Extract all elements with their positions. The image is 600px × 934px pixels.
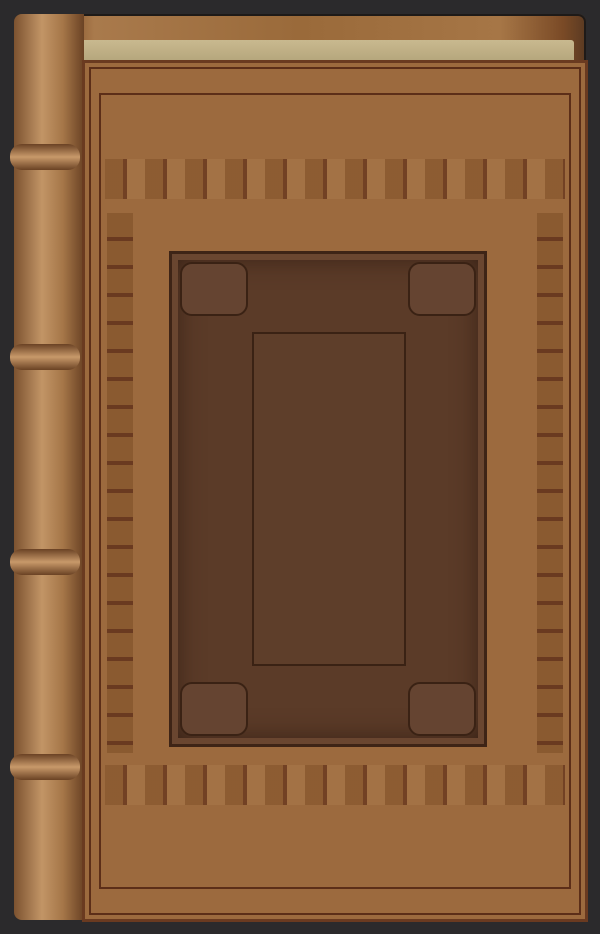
bottom-roll-border <box>105 765 565 805</box>
spine-band <box>10 754 80 780</box>
corner-cartouche <box>180 682 248 736</box>
central-panel <box>169 251 487 747</box>
right-roll-border <box>537 213 563 753</box>
spine-band <box>10 344 80 370</box>
top-roll-border <box>105 159 565 199</box>
spine-band <box>10 549 80 575</box>
corner-cartouche <box>408 262 476 316</box>
corner-cartouche <box>180 262 248 316</box>
spine-band <box>10 144 80 170</box>
book-spine <box>14 14 84 920</box>
book <box>14 14 586 920</box>
left-roll-border <box>107 213 133 753</box>
front-cover <box>82 60 588 922</box>
corner-cartouche <box>408 682 476 736</box>
inner-panel-tooling <box>252 332 406 666</box>
